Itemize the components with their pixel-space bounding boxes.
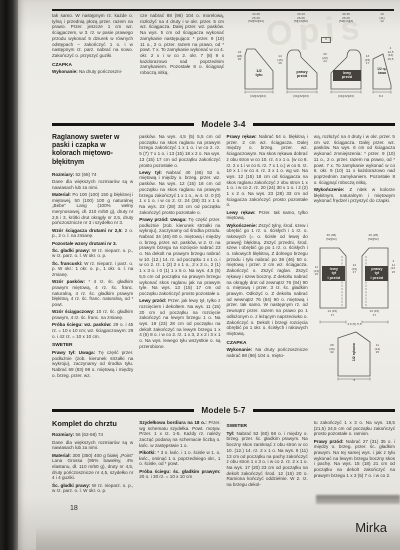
- dimension-label: 11 (13) 15: [312, 266, 320, 277]
- dimension-label: 26 (28) [52][52]: [358, 234, 388, 241]
- text-column: pasków. Na wys. 4,5 (5) 5,5 cm od począt…: [139, 134, 220, 402]
- section-header-modele-3-4: Modele 3-4: [52, 120, 395, 129]
- paragraph: Śc. gładki prawy: W rz. nieparz. o. p., …: [52, 483, 133, 494]
- dimension-label: 36 (38) [52][52]: [316, 234, 346, 241]
- section-title: Modele 3-4: [201, 120, 245, 129]
- section-subhead: CZAPKA: [52, 63, 133, 69]
- scan-bottom-shadow: [36, 526, 400, 550]
- paragraph: cze nabrać 88 (96) 104 o. morelową, rozł…: [140, 13, 224, 76]
- paragraph: Śc. francuski: W rz. nieparz. i parz. o.…: [52, 261, 133, 278]
- paragraph: Dane dla większych rozmiarów są w nawias…: [52, 179, 133, 190]
- paragraph: Prawy rękaw: Nabrać 54 o. błękitną i prz…: [227, 134, 308, 208]
- paragraph: Rozmiary: 56 (62-68) 74: [52, 432, 133, 438]
- text-column: cze nabrać 88 (96) 104 o. morelową, rozł…: [140, 13, 224, 116]
- text-column: Raglanowy sweter w paski i czapka w kolo…: [52, 134, 133, 402]
- paragraph: tak samo. W następnym rz. każde o. tylną…: [52, 13, 133, 59]
- dimension-label: 4 11 (13) 15: [389, 260, 395, 274]
- paragraph: Prawy przód: Uwaga: Tę część przer. podł…: [139, 217, 220, 297]
- dimension-label: 24 (28) 26: [235, 51, 244, 62]
- schematic-row-sweater: 1/2 tyłu prawy przód lewy przód 1/2 rę- …: [235, 13, 393, 113]
- paragraph: Próba ściegu: wz. pasków: 29 o. i 45 rz.…: [52, 322, 133, 339]
- designer-name: Mirka: [355, 520, 387, 535]
- section-subhead: SWETER: [227, 424, 308, 430]
- section-subhead: CZAPKA: [227, 341, 308, 347]
- dimension-label: 9: [321, 37, 331, 43]
- paragraph: Materiał: 300 (350) 400 g białej „Point”…: [52, 453, 133, 482]
- section-subhead: SWETER: [52, 343, 133, 349]
- piece-label-half-sleeve: 1/2 rę- kawa: [372, 67, 392, 76]
- dimension-label: 11 (13) 15: [372, 344, 382, 355]
- paragraph: wą, rozłożyć na 4 druty i w okr. przer. …: [314, 134, 395, 185]
- modele-5-7-body: Komplet do chrztu Rozmiary: 56 (62-68) 7…: [52, 420, 395, 526]
- dimension-label: [32][32][34]: [241, 95, 275, 99]
- dimension-label: 8 2: [369, 95, 393, 99]
- dimension-label: [31][32][33]: [329, 95, 363, 99]
- paragraph: Materiał: Po 100 (100) 150 g błękitnej i…: [52, 192, 133, 226]
- paragraph: Śc. gładki prawy: W rz. nieparz. o. p., …: [52, 248, 133, 259]
- paragraph: Prawy tył: Uwaga: Tę część przer. podłuż…: [52, 350, 133, 379]
- paragraph: Wykonanie: Na druty pończosznicze nabrać…: [227, 347, 308, 358]
- paragraph: Tył: Nabrać 52 (60) 68 o. i między o. br…: [227, 431, 308, 488]
- paragraph: Wzór ściągacza drutami nr 2,5: 2 o. p., …: [52, 228, 133, 239]
- dimension-label: 40 45 26 20 [52][13][3]: [329, 13, 363, 24]
- paragraph: Pozostałe wzory drutami nr 3.: [52, 241, 133, 247]
- piece-label-right-front: prawy przód: [288, 70, 316, 79]
- paragraph: Wykończenie: Z nitek w kolorze błękitnym…: [314, 187, 395, 204]
- paragraph: Pikotki: * 3 o. łańc. i 1 o. ścisłe w 1.…: [139, 450, 220, 467]
- schematic-set-christening: lewy tył i przód prawy tył i przód 1/2 r…: [314, 208, 394, 384]
- piece-label-half-sleeve: 1/2 rękawa: [352, 340, 356, 364]
- piece-label-left-back-front: lewy tył i przód: [322, 266, 345, 281]
- paragraph: Wzór ściągaczowy: 10 rz. śc. gładkim pra…: [52, 309, 133, 320]
- dimension-label: 43 45 26 20 [52][52][34]: [239, 13, 273, 24]
- header-bar: [52, 123, 194, 127]
- dimension-label: 8: [350, 379, 358, 383]
- paragraph: tu zakończyć 1 x 3 o. Na wys. 18,5 (21,5…: [314, 420, 395, 437]
- dimension-label: 4,5 (5) 5,5: [336, 323, 372, 327]
- paragraph: Lewy przód: Przer. jak lewy tył, tylko z…: [139, 298, 220, 349]
- dimension-label: 13 (15) 17: [318, 310, 346, 317]
- text-column: tu zakończyć 1 x 3 o. Na wys. 18,5 (21,5…: [314, 420, 395, 526]
- header-bar: [253, 409, 395, 413]
- top-section: tak samo. W następnym rz. każde o. tylną…: [52, 13, 395, 116]
- dimension-label: 43 33 26 26 [5][13][52]: [283, 13, 319, 24]
- dimension-label: 28 (30) 32: [327, 344, 336, 355]
- paragraph: Próba ściegu: śc. gładkim prawym: 20 o. …: [139, 469, 220, 480]
- text-column: wą, rozłożyć na 4 druty i w okr. przer. …: [314, 134, 395, 402]
- piece-label-right-back-front: prawy tył i przód: [365, 266, 388, 281]
- text-column: Komplet do chrztu Rozmiary: 56 (62-68) 7…: [52, 420, 133, 526]
- paragraph: Prawy przód: Nabrać 27 (31) 35 o. i międ…: [314, 439, 395, 479]
- header-bar: [253, 123, 395, 127]
- paragraph: Lewy rękaw: Przer. tak samo, tylko mięto…: [227, 210, 308, 221]
- pattern-title: Raglanowy sweter w paski i czapka w kolo…: [52, 134, 133, 167]
- paragraph: Szydełkowa bordiura na 18 o.: Przer. wg …: [139, 420, 220, 449]
- section-title: Modele 5-7: [201, 406, 245, 415]
- paragraph: Wzór pasków: * 4 rz. śc. gładkim prawym …: [52, 279, 133, 308]
- paragraph: Lewy tył: Nabrać 40 (46) 52 o. miętową i…: [139, 170, 220, 216]
- paragraph: pasków. Na wys. 4,5 (5) 5,5 cm od począt…: [139, 134, 220, 168]
- paragraph: Rozmiary: 62 (68) 74: [52, 172, 133, 178]
- paragraph: Dane dla większych rozmiarów są w nawias…: [52, 440, 133, 451]
- text-column: Prawy rękaw: Nabrać 54 o. błękitną i prz…: [227, 134, 308, 402]
- pattern-title: Komplet do chrztu: [52, 420, 133, 428]
- magazine-page: Opis tak samo. W następnym rz. każde o. …: [18, 0, 400, 550]
- page-number: 18: [70, 505, 78, 512]
- text-column: tak samo. W następnym rz. każde o. tylną…: [52, 13, 133, 116]
- modele-3-4-body: Raglanowy sweter w paski i czapka w kolo…: [52, 134, 395, 402]
- scanner-edge: [0, 0, 18, 550]
- dimension-label: 10 (11) 12: [373, 13, 391, 24]
- piece-label-left-front: lewy przód: [333, 70, 361, 81]
- section-header-modele-5-7: Modele 5-7: [52, 406, 395, 415]
- dimension-label: 14 (15) 16: [275, 55, 285, 66]
- text-column: SWETERTył: Nabrać 52 (60) 68 o. i między…: [227, 420, 308, 526]
- dimension-label: 12 (15) 17: [349, 264, 359, 275]
- dimension-label: 20 (22) 24: [320, 53, 330, 64]
- dimension-label: 4 12,5 (14) 15,5: [386, 47, 395, 61]
- header-bar: [52, 409, 194, 413]
- schematics-area: 1/2 tyłu prawy przód lewy przód 1/2 rę- …: [231, 13, 395, 116]
- dimension-label: [31][32][33]: [283, 95, 319, 99]
- paragraph: Wykonanie: Na druty pończoszni-: [52, 69, 133, 75]
- page-content: tak samo. W następnym rz. każde o. tylną…: [52, 13, 395, 550]
- text-column: Szydełkowa bordiura na 18 o.: Przer. wg …: [139, 420, 220, 526]
- paragraph: Wykończenie: Zszyć tylny, środ. szew i o…: [227, 223, 308, 337]
- scan-shadow: [316, 495, 400, 504]
- dimension-label: 13 (15) 17: [360, 310, 388, 317]
- dimension-label: 13 (15) 17: [363, 55, 372, 66]
- piece-label-half-back: 1/2 tyłu: [246, 69, 272, 78]
